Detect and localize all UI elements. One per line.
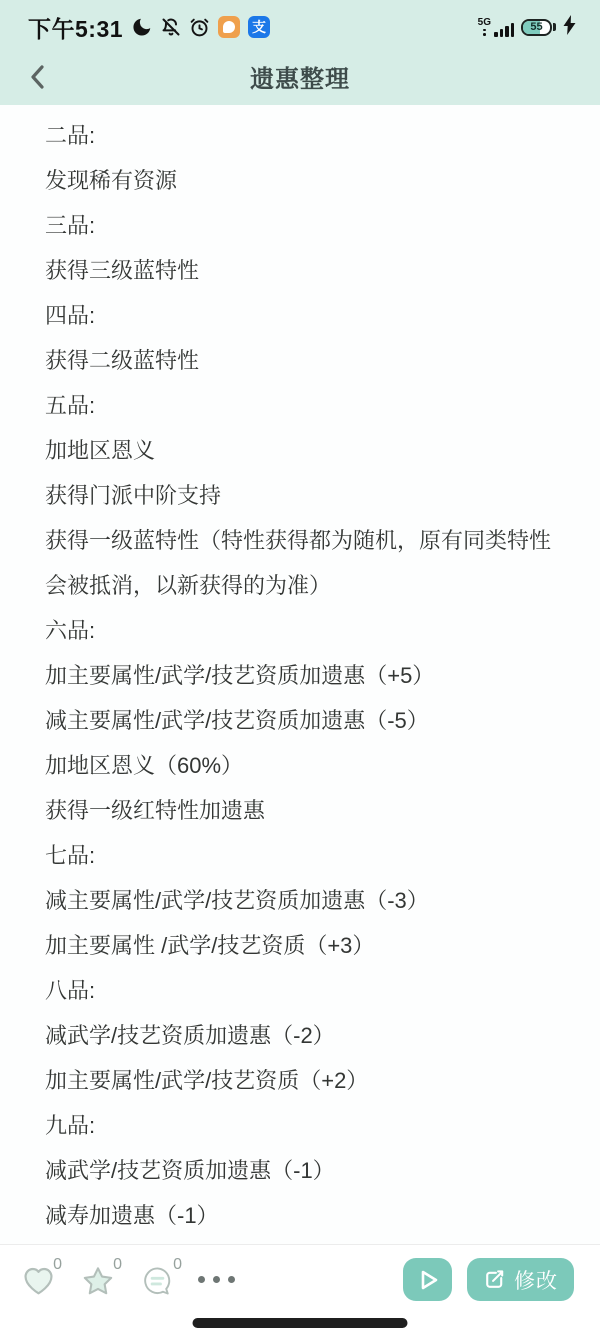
ellipsis-icon [198, 1276, 205, 1283]
content-line: 获得门派中阶支持 [45, 473, 556, 518]
home-indicator[interactable] [193, 1318, 408, 1328]
charging-bolt-icon [563, 15, 576, 40]
nav-bar: 遗惠整理 [0, 48, 600, 105]
alipay-icon: 支 [248, 16, 270, 38]
content-line: 五品: [45, 383, 556, 428]
content-line: 减寿加遗惠（-1） [45, 1193, 556, 1238]
content-line: 减主要属性/武学/技艺资质加遗惠（-3） [45, 878, 556, 923]
signal-bars-icon [494, 23, 514, 37]
chevron-left-icon [33, 67, 42, 87]
content-line: 获得三级蓝特性 [45, 248, 556, 293]
content-line: 加主要属性 /武学/技艺资质（+3） [45, 923, 556, 968]
status-bar: 下午5:31 [0, 0, 600, 48]
edit-button-label: 修改 [514, 1265, 558, 1295]
moon-icon [131, 16, 153, 38]
page-title: 遗惠整理 [0, 59, 600, 94]
content-line: 三品: [45, 203, 556, 248]
favorite-button[interactable]: 0 [82, 1258, 116, 1298]
back-button[interactable] [20, 59, 56, 95]
battery-icon: 55 [521, 19, 556, 36]
content-line: 七品: [45, 833, 556, 878]
content-line: 八品: [45, 968, 556, 1013]
favorite-count: 0 [113, 1256, 122, 1274]
content-line: 发现稀有资源 [45, 158, 556, 203]
sim2-dots-icon [483, 29, 486, 36]
play-icon [416, 1268, 440, 1292]
alipay-glyph: 支 [252, 20, 266, 34]
comment-icon [142, 1266, 173, 1296]
orange-app-glyph [223, 21, 235, 33]
signal-icon: 5G [478, 18, 514, 37]
alarm-icon [189, 17, 210, 38]
like-count: 0 [53, 1256, 62, 1274]
heart-icon [22, 1266, 55, 1296]
play-button[interactable] [403, 1258, 452, 1301]
orange-app-icon [218, 16, 240, 38]
content-line: 四品: [45, 293, 556, 338]
bell-muted-icon [161, 17, 181, 37]
content-line: 减武学/技艺资质加遗惠（-2） [45, 1013, 556, 1058]
content-line: 减主要属性/武学/技艺资质加遗惠（-5） [45, 698, 556, 743]
top-bar: 下午5:31 [0, 0, 600, 105]
content-line: 获得一级蓝特性（特性获得都为随机，原有同类特性会被抵消，以新获得的为准） [45, 518, 556, 608]
content-line: 六品: [45, 608, 556, 653]
like-button[interactable]: 0 [22, 1258, 56, 1298]
more-button[interactable] [198, 1276, 235, 1283]
content-line: 二品: [45, 113, 556, 158]
comment-count: 0 [173, 1256, 182, 1274]
note-body: 二品: 发现稀有资源 三品: 获得三级蓝特性 四品: 获得二级蓝特性 五品: 加… [0, 105, 600, 1244]
content-line: 加主要属性/武学/技艺资质加遗惠（+5） [45, 653, 556, 698]
edit-icon [483, 1268, 506, 1291]
content-line: 九品: [45, 1103, 556, 1148]
content-line: 获得二级蓝特性 [45, 338, 556, 383]
edit-button[interactable]: 修改 [467, 1258, 574, 1301]
content-line: 减武学/技艺资质加遗惠（-1） [45, 1148, 556, 1193]
content-line: 获得一级红特性加遗惠 [45, 788, 556, 833]
star-icon [82, 1266, 114, 1296]
comment-button[interactable]: 0 [142, 1258, 176, 1298]
battery-percent: 55 [523, 21, 550, 34]
clock: 下午5:31 [28, 11, 123, 44]
content-line: 加地区恩义 [45, 428, 556, 473]
content-line: 加主要属性/武学/技艺资质（+2） [45, 1058, 556, 1103]
network-label: 5G [478, 18, 491, 28]
content-line: 加地区恩义（60%） [45, 743, 556, 788]
